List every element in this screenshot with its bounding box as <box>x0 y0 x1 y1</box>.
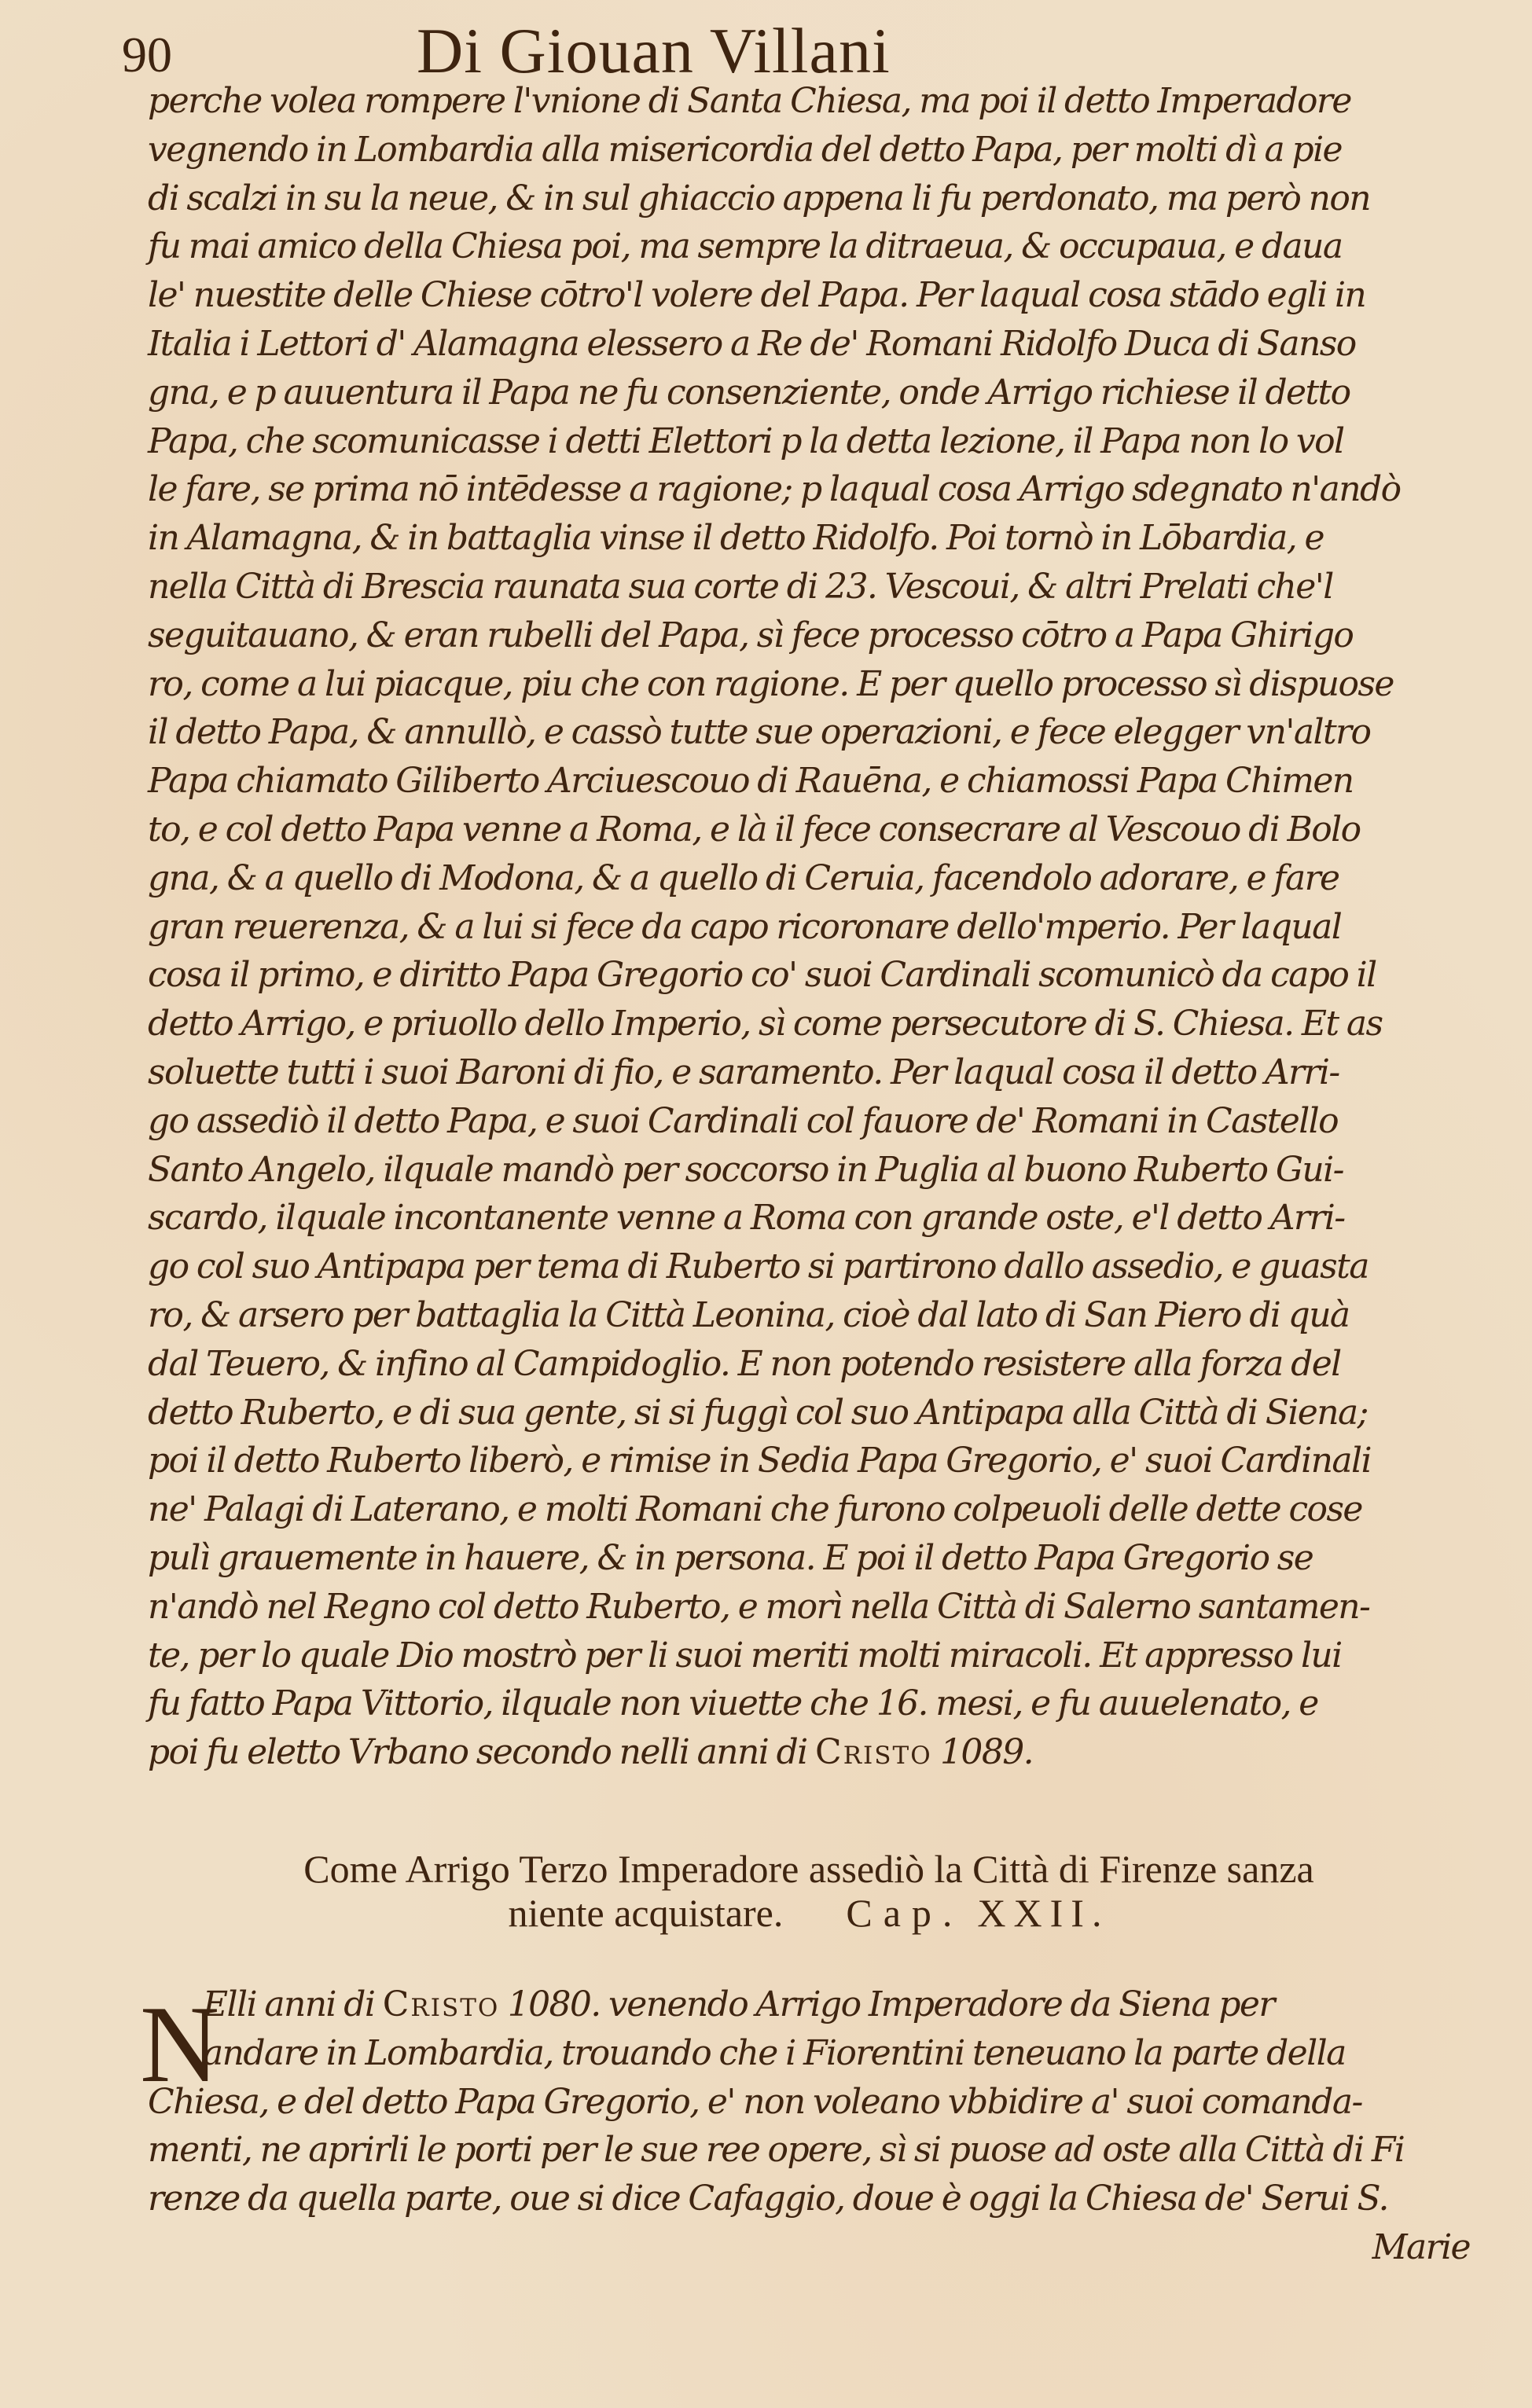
text-line: te, per lo quale Dio mostrò per li suoi … <box>148 1632 1470 1680</box>
text-line: ro, & arsero per battaglia la Città Leon… <box>148 1291 1470 1340</box>
text-line: poi il detto Ruberto liberò, e rimise in… <box>148 1437 1470 1485</box>
chapter-number: XXII. <box>977 1891 1109 1935</box>
text-line: renze da quella parte, oue si dice Cafag… <box>148 2175 1470 2223</box>
text-line: in Alamagna, & in battaglia vinse il det… <box>148 514 1470 563</box>
chapter-label: Cap. <box>846 1891 963 1935</box>
text-line: gna, & a quello di Modona, & a quello di… <box>148 854 1470 903</box>
text-line: pulì grauemente in hauere, & in persona.… <box>148 1534 1470 1583</box>
chapter-heading-text: niente acquistare. <box>509 1891 784 1935</box>
text-line: menti, ne aprirli le porti per le sue re… <box>148 2126 1470 2175</box>
text-line: andare in Lombardia, trouando che i Fior… <box>148 2029 1470 2078</box>
text-fragment: poi fu eletto Vrbano secondo nelli anni … <box>148 1732 815 1772</box>
text-line: ne' Palagi di Laterano, e molti Romani c… <box>148 1485 1470 1534</box>
text-line: Italia i Lettori d' Alamagna elessero a … <box>148 320 1470 369</box>
chapter-heading-line-2: niente acquistare.Cap.XXII. <box>148 1891 1470 1935</box>
text-line: fu mai amico della Chiesa poi, ma sempre… <box>148 222 1470 271</box>
text-line: detto Arrigo, e priuollo dello Imperio, … <box>148 1000 1470 1048</box>
text-fragment: 1080. venendo Arrigo Imperadore da Siena… <box>499 1984 1273 2024</box>
catchword: Marie <box>148 2223 1470 2272</box>
year-1089: 1089. <box>932 1732 1033 1772</box>
text-line: Elli anni di Cristo 1080. venendo Arrigo… <box>148 1980 1470 2029</box>
text-line: n'andò nel Regno col detto Ruberto, e mo… <box>148 1583 1470 1632</box>
text-line: Papa, che scomunicasse i detti Elettori … <box>148 417 1470 466</box>
text-line: il detto Papa, & annullò, e cassò tutte … <box>148 708 1470 757</box>
text-line: soluette tutti i suoi Baroni di fio, e s… <box>148 1048 1470 1097</box>
text-line: go assediò il detto Papa, e suoi Cardina… <box>148 1097 1470 1146</box>
chapter-text-continued: perche volea rompere l'vnione di Santa C… <box>148 77 1470 1777</box>
text-line-final: poi fu eletto Vrbano secondo nelli anni … <box>148 1728 1470 1777</box>
text-line: scardo, ilquale incontanente venne a Rom… <box>148 1194 1470 1243</box>
text-line: dal Teuero, & infino al Campidoglio. E n… <box>148 1340 1470 1389</box>
text-line: to, e col detto Papa venne a Roma, e là … <box>148 806 1470 854</box>
text-line: ro, come a lui piacque, piu che con ragi… <box>148 660 1470 709</box>
text-fragment: Elli anni di <box>203 1984 383 2024</box>
smallcaps-cristo: Cristo <box>815 1732 932 1772</box>
text-line: go col suo Antipapa per tema di Ruberto … <box>148 1243 1470 1291</box>
chapter-heading: Come Arrigo Terzo Imperadore assediò la … <box>148 1847 1470 1935</box>
text-line: gran reuerenza, & a lui si fece da capo … <box>148 903 1470 952</box>
text-line: Chiesa, e del detto Papa Gregorio, e' no… <box>148 2078 1470 2127</box>
text-line: vegnendo in Lombardia alla misericordia … <box>148 126 1470 174</box>
drop-cap-initial: N <box>140 1998 219 2092</box>
chapter-22-text: N Elli anni di Cristo 1080. venendo Arri… <box>148 1980 1470 2272</box>
text-line: gna, e p auuentura il Papa ne fu consenz… <box>148 369 1470 417</box>
text-line: Papa chiamato Giliberto Arciuescouo di R… <box>148 757 1470 806</box>
text-line: cosa il primo, e diritto Papa Gregorio c… <box>148 951 1470 1000</box>
running-head: 90 Di Giouan Villani <box>118 16 1470 86</box>
text-line: nella Città di Brescia raunata sua corte… <box>148 563 1470 611</box>
text-line: le' nuestite delle Chiese cōtro'l volere… <box>148 271 1470 320</box>
text-line: seguitauano, & eran rubelli del Papa, sì… <box>148 611 1470 660</box>
text-line: detto Ruberto, e di sua gente, si si fug… <box>148 1389 1470 1437</box>
book-page: 90 Di Giouan Villani perche volea romper… <box>0 0 1532 2408</box>
text-line: di scalzi in su la neue, & in sul ghiacc… <box>148 174 1470 223</box>
text-line: le fare, se prima nō intēdesse a ragione… <box>148 465 1470 514</box>
text-line: Santo Angelo, ilquale mandò per soccorso… <box>148 1146 1470 1195</box>
text-line: perche volea rompere l'vnione di Santa C… <box>148 77 1470 126</box>
running-title: Di Giouan Villani <box>417 16 891 86</box>
chapter-heading-line-1: Come Arrigo Terzo Imperadore assediò la … <box>148 1847 1470 1891</box>
smallcaps-cristo: Cristo <box>383 1984 500 2024</box>
text-line: fu fatto Papa Vittorio, ilquale non viue… <box>148 1679 1470 1728</box>
